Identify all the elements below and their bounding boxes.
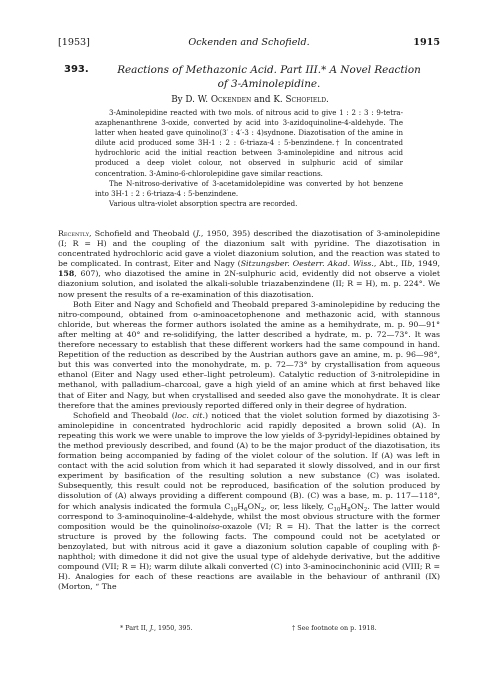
article-title: Reactions of Methazonic Acid. Part III.*… <box>102 63 436 91</box>
lead-word: Recently <box>58 229 89 238</box>
title-line-1: Reactions of Methazonic Acid. Part III.*… <box>102 63 436 77</box>
text-run: , or, less likely, <box>264 502 327 511</box>
running-head: [1953] Ockenden and Schofield. 1915 <box>58 36 440 50</box>
text-run: , 607), who diazotised the amine in 2N-s… <box>58 269 440 298</box>
title-line-2: of 3-Aminolepidine. <box>102 77 436 91</box>
journal-page: [1953] Ockenden and Schofield. 1915 393.… <box>0 0 500 679</box>
footnote-1: * Part II, J., 1950, 395. <box>120 623 193 633</box>
formula-c10h6on2: C10H6ON2 <box>224 502 264 511</box>
text-run: Schofield and Theobald ( <box>73 411 175 420</box>
author-1: D. W. Ockenden <box>185 95 251 105</box>
formula-c10h8on2: C10H8ON2 <box>327 502 367 511</box>
text-run: -oxazole (VI; R = H). That the latter is… <box>58 522 440 592</box>
byline: By D. W. Ockenden and K. Schofield. <box>0 94 500 106</box>
article-body: Recently, Schofield and Theobald (J., 19… <box>58 229 440 592</box>
byline-and: and <box>251 95 273 105</box>
journal-name: Sitzungsber. Oesterr. Akad. Wiss. <box>241 259 374 268</box>
text-run: , Abt., II <box>374 259 407 268</box>
text-run: , 1949, <box>412 259 440 268</box>
byline-suffix: . <box>326 95 329 105</box>
text-run: , Schofield and Theobald ( <box>89 229 196 238</box>
footnote-2: † See footnote on p. 1918. <box>292 623 377 633</box>
body-paragraph-3: Schofield and Theobald (loc. cit.) notic… <box>58 411 440 593</box>
author-2: K. Schofield <box>273 95 326 105</box>
abstract: 3-Aminolepidine reacted with two mols. o… <box>95 108 403 209</box>
body-paragraph-1: Recently, Schofield and Theobald (J., 19… <box>58 229 440 300</box>
article-title-block: 393. Reactions of Methazonic Acid. Part … <box>64 63 436 91</box>
abstract-paragraph: 3-Aminolepidine reacted with two mols. o… <box>95 108 403 179</box>
text-run: ) noticed that the violet solution forme… <box>58 411 440 511</box>
byline-prefix: By <box>171 95 185 105</box>
abstract-paragraph: Various ultra-violet absorption spectra … <box>95 199 403 209</box>
volume-number: 158 <box>58 269 74 278</box>
page-number: 1915 <box>413 36 440 50</box>
article-number: 393. <box>64 63 89 77</box>
loc-cit: loc. cit. <box>175 411 205 420</box>
body-paragraph-2: Both Eiter and Nagy and Schofield and Th… <box>58 300 440 411</box>
text-run: iso <box>209 522 220 531</box>
running-head-authors: Ockenden and Schofield. <box>58 36 440 50</box>
abstract-paragraph: The N-nitroso-derivative of 3-acetamidol… <box>95 179 403 199</box>
